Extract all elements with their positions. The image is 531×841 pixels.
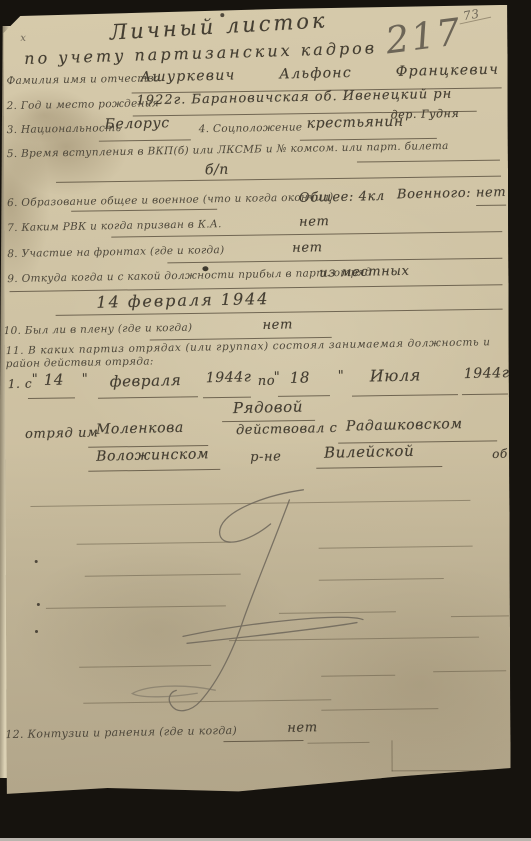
service-row-year-to: 1944г: [464, 365, 510, 382]
ruled-line: [316, 466, 442, 469]
ruled-line: [278, 395, 330, 397]
service-row-prefix: 1. с: [8, 377, 33, 392]
field-party-value: б/п: [205, 162, 229, 179]
service-rank: Рядовой: [233, 398, 304, 418]
ink-speck: [220, 13, 224, 17]
detachment-name: Моленкова: [96, 420, 184, 438]
field-wounds-label: 12. Контузии и ранения (где и когда): [5, 724, 237, 741]
field-arrival-label: 9. Откуда когда и с какой должности приб…: [7, 266, 372, 285]
service-row-to-word: по: [258, 374, 276, 389]
ruled-line: [476, 205, 506, 206]
service-row-day-to: 18: [290, 368, 311, 386]
ruled-line: [319, 546, 473, 549]
registry-number: 217: [383, 10, 464, 62]
service-row-quote: ": [32, 372, 39, 387]
field-party-label: 5. Время вступления в ВКП(б) или ЛКСМБ и…: [7, 140, 449, 160]
ruled-line: [319, 578, 444, 581]
ruled-line: [451, 615, 509, 617]
ruled-line: [229, 637, 479, 641]
field-arrival-value: из местных: [319, 264, 409, 281]
detachment-rayon-abbr: р-не: [250, 449, 282, 465]
field-name-label: Фамилия имя и отчество: [6, 72, 160, 87]
field-birth-value: 1922г. Барановичская об. Ивенецкий рн: [136, 87, 452, 109]
service-row-month-to: Июля: [370, 365, 422, 385]
detachment-oblast-abbr: об.: [492, 447, 511, 461]
detachment-action-label: действовал с: [236, 421, 338, 438]
ink-blot: [202, 266, 208, 271]
ruled-line: [30, 500, 470, 507]
document-title-line1: Личный листок: [109, 8, 328, 44]
ruled-line: [167, 258, 502, 264]
ruled-line: [79, 665, 211, 668]
paper-crease: [391, 740, 392, 771]
ruled-line: [98, 396, 198, 398]
ruled-line: [85, 574, 241, 577]
ruled-line: [223, 740, 303, 742]
ruled-line: [307, 742, 369, 744]
field-rvk-value: нет: [299, 214, 330, 230]
field-nationality-value: Белорус: [104, 115, 169, 132]
service-row-quote: ": [82, 372, 89, 387]
paper-crease: [392, 770, 510, 772]
service-row-month-from: февраля: [110, 371, 182, 391]
field-social-value: крестьянин: [306, 114, 403, 132]
corner-mark: х: [20, 33, 26, 44]
ruled-line: [71, 209, 217, 212]
field-education-general: Общее: 4кл: [299, 189, 385, 206]
document-paper: 73 217 х Личный листок по учету партизан…: [3, 5, 510, 797]
detachment-district: Радашковском: [346, 416, 463, 435]
service-row-day-from: 14: [44, 370, 65, 388]
detachment-district2: Воложинском: [96, 446, 209, 464]
ruled-line: [321, 708, 438, 711]
ink-speck: [37, 603, 40, 606]
field-social-label: 4. Соцположение: [199, 121, 303, 135]
field-name-value: Ашуркевич Альфонс Францкевич: [140, 62, 499, 86]
detachment-oblast: Вилейской: [324, 442, 415, 462]
ruled-line: [462, 393, 508, 395]
document-title-line2: по учету партизанских кадров: [24, 38, 377, 68]
field-rvk-label: 7. Каким РВК и когда призван в К.А.: [7, 218, 222, 234]
ruled-line: [352, 394, 458, 396]
ruled-line: [111, 231, 502, 237]
field-detachments-label-line1: 11. В каких партиз отрядах (или группах)…: [6, 336, 491, 357]
ink-speck: [35, 560, 38, 563]
field-captivity-label: 10. Был ли в плену (где и когда): [3, 322, 192, 337]
field-arrival-value2: 14 февраля 1944: [96, 289, 269, 312]
field-education-military: Военного: нет: [397, 185, 507, 202]
service-row-quote: ": [274, 370, 281, 385]
field-fronts-value: нет: [292, 240, 323, 256]
detachment-label: отряд им: [25, 425, 99, 442]
field-wounds-value: нет: [287, 720, 318, 736]
ruled-line: [433, 670, 506, 672]
ruled-line: [46, 605, 226, 609]
ruled-line: [88, 469, 220, 472]
field-education-label: 6. Образование общее и военное (что и ко…: [7, 191, 334, 209]
ruled-line: [279, 611, 396, 614]
ruled-line: [321, 675, 395, 677]
scanned-archive-page: { "document": { "page_number": "73", "re…: [0, 0, 531, 841]
ruled-line: [56, 176, 501, 183]
ruled-line: [357, 160, 500, 163]
field-fronts-label: 8. Участие на фронтах (где и когда): [7, 244, 224, 260]
ruled-line: [83, 699, 331, 703]
ruled-line: [77, 542, 231, 545]
field-captivity-value: нет: [262, 317, 293, 333]
service-row-quote: ": [338, 369, 345, 384]
field-detachments-label-line2: район действия отряда:: [6, 355, 154, 370]
ruled-line: [99, 139, 191, 141]
service-row-year-from: 1944г: [206, 369, 252, 386]
ink-speck: [35, 630, 38, 633]
ruled-line: [28, 397, 75, 399]
